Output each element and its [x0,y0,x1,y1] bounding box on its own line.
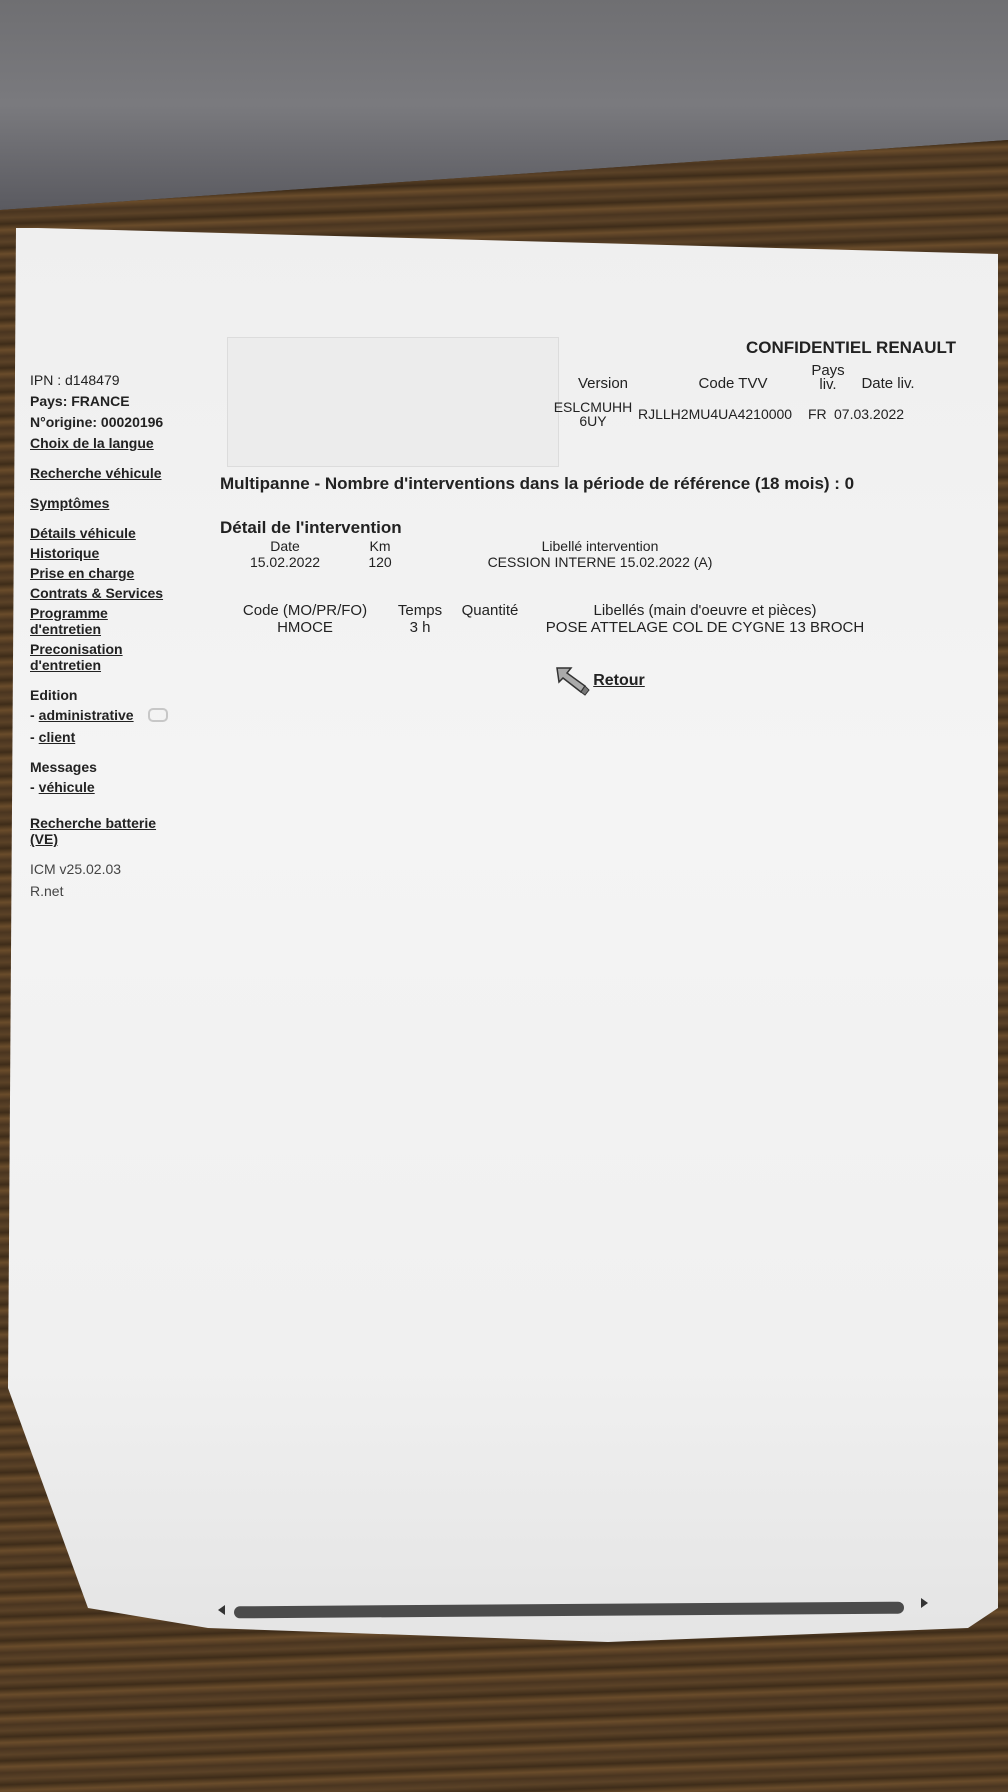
link-prise-en-charge[interactable]: Prise en charge [30,565,190,581]
link-messages-vehicule[interactable]: véhicule [39,779,95,795]
header-km: Km [330,538,430,554]
pays-label: Pays: FRANCE [30,393,190,409]
scroll-left-arrow-icon[interactable] [218,1605,225,1615]
value-date-liv: 07.03.2022 [834,406,924,422]
cell-code: HMOCE [220,619,390,636]
retour-control[interactable]: Retour [220,666,980,696]
header-temps: Temps [390,602,450,619]
value-code-tvv: RJLLH2MU4UA4210000 [638,406,808,422]
col-pays-liv: Paysliv. [808,364,848,392]
cell-libelle: CESSION INTERNE 15.02.2022 (A) [430,554,770,570]
app-version: ICM v25.02.03 [30,861,190,877]
printed-page: IPN : d148479 Pays: FRANCE N°origine: 00… [8,228,998,1648]
edition-label: Edition [30,687,190,703]
header-date: Date [240,538,330,554]
link-recherche-vehicule[interactable]: Recherche véhicule [30,465,190,481]
cell-date: 15.02.2022 [240,554,330,570]
cell-km: 120 [330,554,430,570]
multipanne-summary: Multipanne - Nombre d'interventions dans… [220,474,854,494]
lines-table: Code (MO/PR/FO) Temps Quantité Libellés … [220,602,980,636]
link-choix-langue[interactable]: Choix de la langue [30,435,190,451]
link-details-vehicule[interactable]: Détails véhicule [30,525,190,541]
detail-title: Détail de l'intervention [220,518,980,538]
cell-temps: 3 h [390,619,450,636]
link-edition-client[interactable]: client [39,729,76,745]
col-date-liv: Date liv. [848,375,928,392]
link-preconisation-entretien[interactable]: Preconisation d'entretien [30,641,140,673]
col-code-tvv: Code TVV [658,375,808,392]
edition-dash: - [30,707,35,723]
value-pays-liv: FR [808,406,834,422]
header-libelles: Libellés (main d'oeuvre et pièces) [530,602,880,619]
link-recherche-batterie[interactable]: Recherche batterie (VE) [30,815,180,847]
edition-dash-client: - [30,729,35,745]
header-quantite: Quantité [450,602,530,619]
link-contrats-services[interactable]: Contrats & Services [30,585,190,601]
link-programme-entretien[interactable]: Programme d'entretien [30,605,140,637]
retour-link[interactable]: Retour [593,672,645,690]
messages-dash: - [30,779,35,795]
confidential-title: CONFIDENTIEL RENAULT [548,338,956,358]
origine-label: N°origine: 00020196 [30,414,190,430]
link-symptomes[interactable]: Symptômes [30,495,190,511]
intervention-table: Date Km Libellé intervention 15.02.2022 … [240,538,980,570]
header-code: Code (MO/PR/FO) [220,602,390,619]
sidebar: IPN : d148479 Pays: FRANCE N°origine: 00… [30,372,190,899]
printer-icon[interactable] [148,708,168,722]
cell-quantite [450,619,530,636]
value-version: ESLCMUHH6UY [548,400,638,428]
ipn-label: IPN : d148479 [30,372,190,388]
intervention-detail: Détail de l'intervention Date Km Libellé… [220,518,980,696]
messages-label: Messages [30,759,190,775]
horizontal-scrollbar[interactable] [218,1602,928,1616]
scrollbar-thumb[interactable] [234,1602,904,1619]
back-arrow-icon[interactable] [555,666,593,696]
cell-libelles: POSE ATTELAGE COL DE CYGNE 13 BROCH [530,619,880,636]
col-version: Version [548,375,658,392]
link-edition-administrative[interactable]: administrative [39,707,134,723]
header-libelle: Libellé intervention [430,538,770,554]
link-historique[interactable]: Historique [30,545,190,561]
vehicle-header: CONFIDENTIEL RENAULT Version Code TVV Pa… [548,338,988,428]
scroll-right-arrow-icon[interactable] [921,1598,928,1608]
rnet-label: R.net [30,883,190,899]
redacted-area [228,338,558,466]
